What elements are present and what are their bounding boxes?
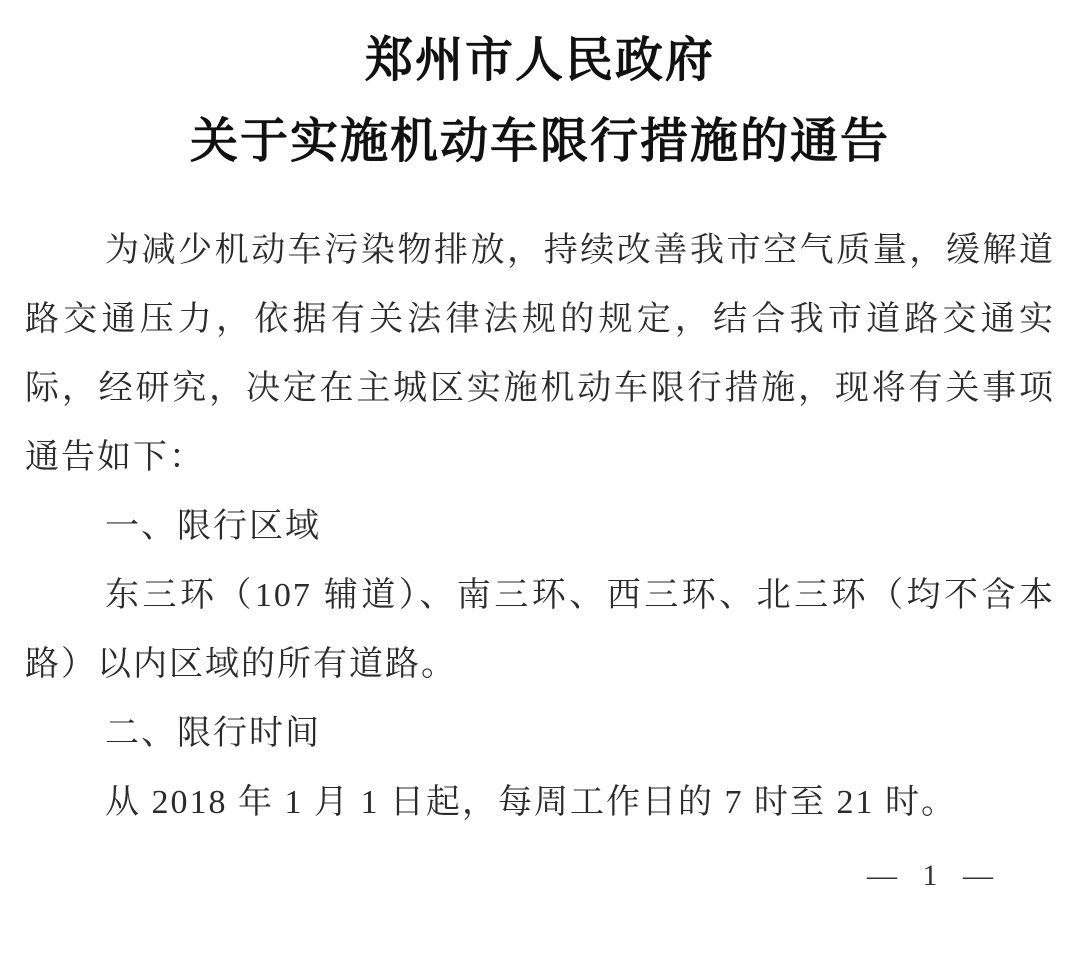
paragraph-restriction-time: 从 2018 年 1 月 1 日起，每周工作日的 7 时至 21 时。 <box>25 768 1055 837</box>
document-title-line1: 郑州市人民政府 <box>25 20 1055 101</box>
section-heading-restriction-time: 二、限行时间 <box>25 699 1055 768</box>
document-body: 为减少机动车污染物排放，持续改善我市空气质量，缓解道路交通压力，依据有关法律法规… <box>25 216 1055 837</box>
paragraph-restricted-area: 东三环（107 辅道）、南三环、西三环、北三环（均不含本路）以内区域的所有道路。 <box>25 561 1055 699</box>
paragraph-intro: 为减少机动车污染物排放，持续改善我市空气质量，缓解道路交通压力，依据有关法律法规… <box>25 216 1055 492</box>
document-title-line2: 关于实施机动车限行措施的通告 <box>25 101 1055 182</box>
page-footer: — 1 — <box>25 859 1055 893</box>
section-heading-restricted-area: 一、限行区域 <box>25 492 1055 561</box>
document-page: 郑州市人民政府 关于实施机动车限行措施的通告 为减少机动车污染物排放，持续改善我… <box>0 0 1080 969</box>
page-number: — 1 — <box>867 859 997 892</box>
